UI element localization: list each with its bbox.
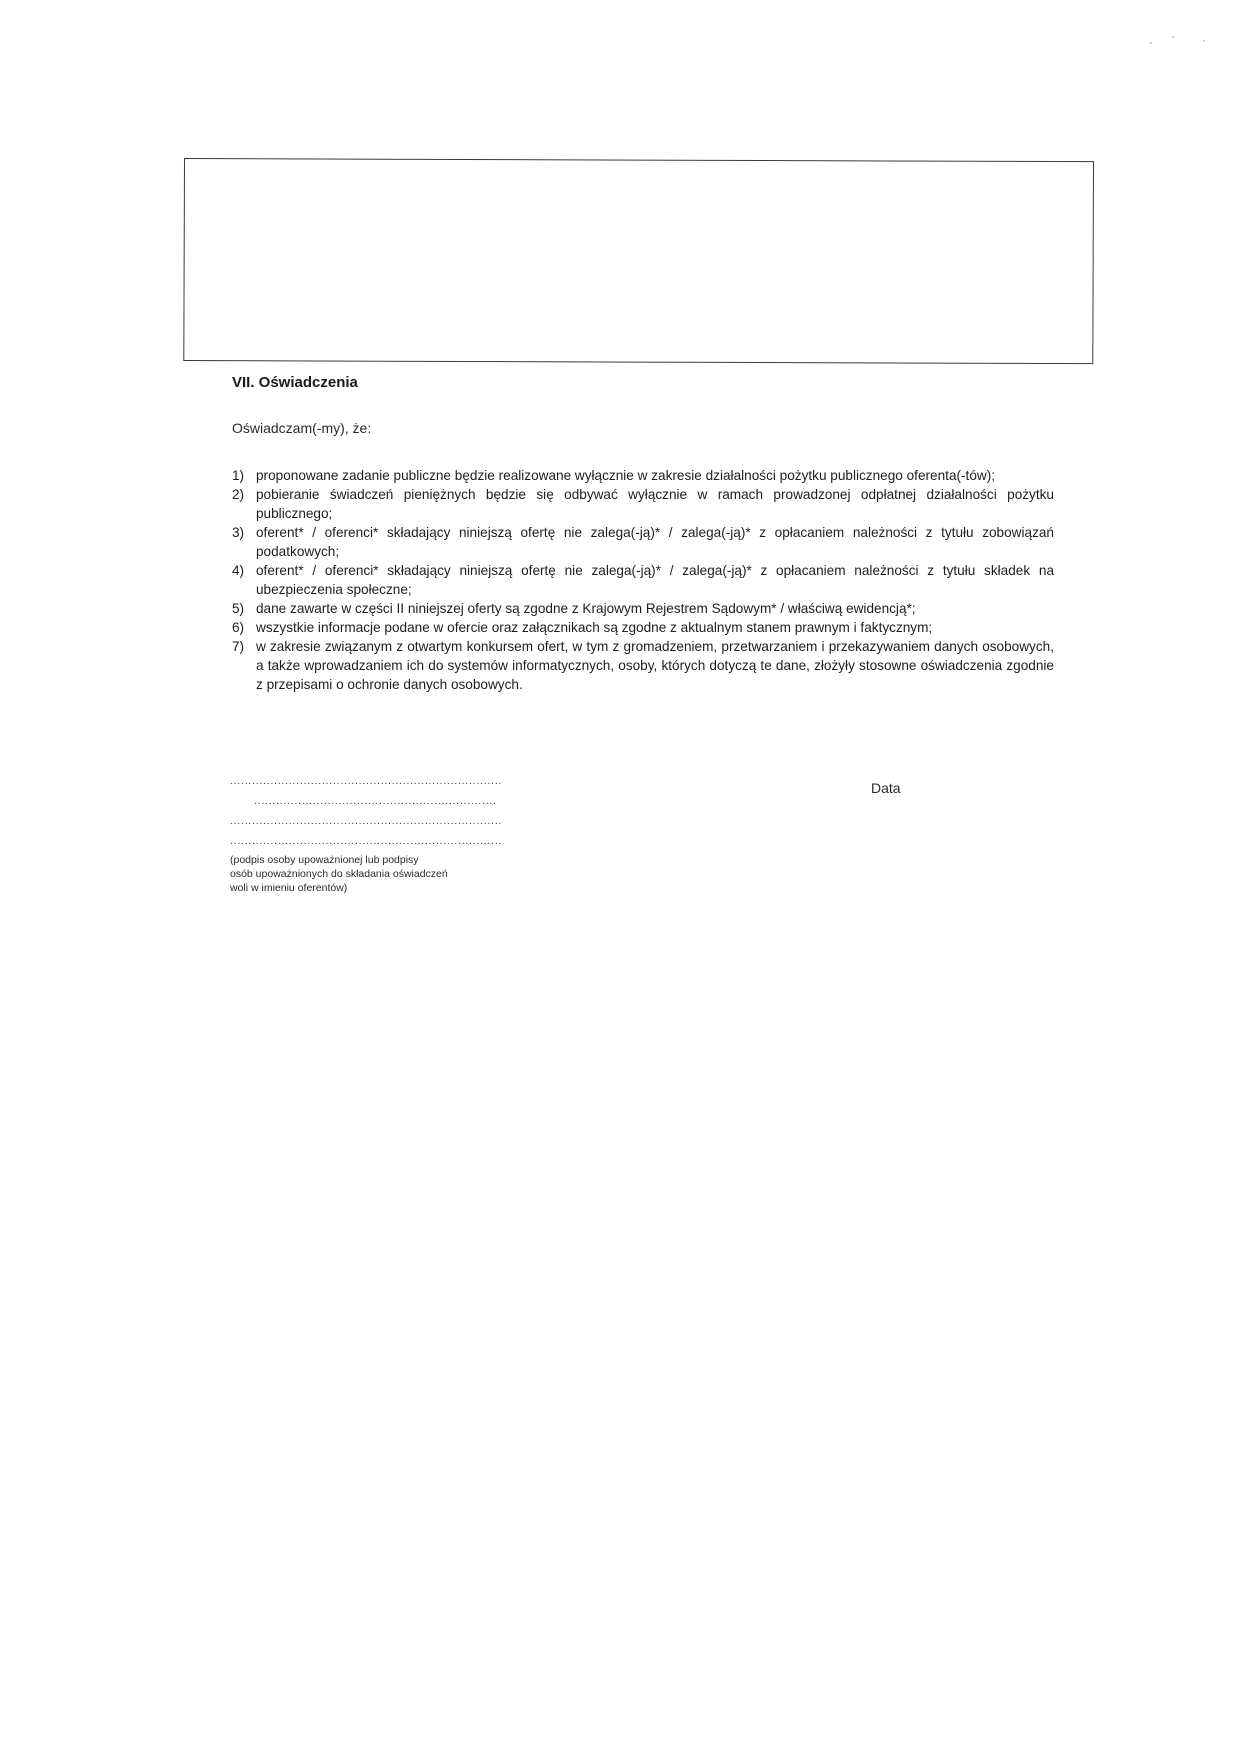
- declaration-item: 3) oferent* / oferenci* składający ninie…: [232, 523, 1054, 561]
- declaration-text: oferent* / oferenci* składający niniejsz…: [256, 525, 1054, 559]
- signature-caption-line: woli w imieniu oferentów): [230, 881, 510, 895]
- declaration-text: proponowane zadanie publiczne będzie rea…: [256, 468, 995, 483]
- declaration-item: 5) dane zawarte w części II niniejszej o…: [232, 599, 1054, 618]
- declaration-number: 4): [232, 561, 244, 580]
- signature-caption-line: osób upoważnionych do składania oświadcz…: [230, 867, 510, 881]
- scan-artifact: [1150, 42, 1152, 44]
- declaration-number: 3): [232, 523, 244, 542]
- declaration-number: 5): [232, 599, 244, 618]
- declaration-text: wszystkie informacje podane w ofercie or…: [256, 620, 932, 635]
- signature-line: ........................................…: [230, 776, 510, 796]
- declaration-number: 6): [232, 618, 244, 637]
- declaration-item: 1) proponowane zadanie publiczne będzie …: [232, 466, 1054, 485]
- scan-artifact: [1172, 36, 1174, 38]
- date-label: Data: [871, 780, 901, 796]
- signature-caption: (podpis osoby upoważnionej lub podpisy o…: [230, 853, 510, 895]
- empty-content-box: [183, 158, 1094, 364]
- declaration-text: dane zawarte w części II niniejszej ofer…: [256, 601, 916, 616]
- declaration-text: oferent* / oferenci* składający niniejsz…: [256, 563, 1054, 597]
- scan-artifact: [1203, 40, 1205, 42]
- signature-caption-line: (podpis osoby upoważnionej lub podpisy: [230, 853, 510, 867]
- signature-block: ........................................…: [230, 776, 510, 895]
- declaration-text: w zakresie związanym z otwartym konkurse…: [256, 639, 1054, 692]
- declaration-text: pobieranie świadczeń pieniężnych będzie …: [256, 487, 1054, 521]
- section-title: VII. Oświadczenia: [232, 374, 358, 391]
- declaration-item: 4) oferent* / oferenci* składający ninie…: [232, 561, 1054, 599]
- declaration-item: 6) wszystkie informacje podane w ofercie…: [232, 618, 1054, 637]
- signature-line: ........................................…: [230, 796, 510, 816]
- declarations-list: 1) proponowane zadanie publiczne będzie …: [232, 466, 1054, 694]
- declaration-item: 2) pobieranie świadczeń pieniężnych będz…: [232, 485, 1054, 523]
- declaration-number: 1): [232, 466, 244, 485]
- declaration-intro: Oświadczam(-my), że:: [232, 420, 371, 436]
- declaration-number: 2): [232, 485, 244, 504]
- declaration-number: 7): [232, 637, 244, 656]
- signature-line: ........................................…: [230, 816, 510, 836]
- declaration-item: 7) w zakresie związanym z otwartym konku…: [232, 637, 1054, 694]
